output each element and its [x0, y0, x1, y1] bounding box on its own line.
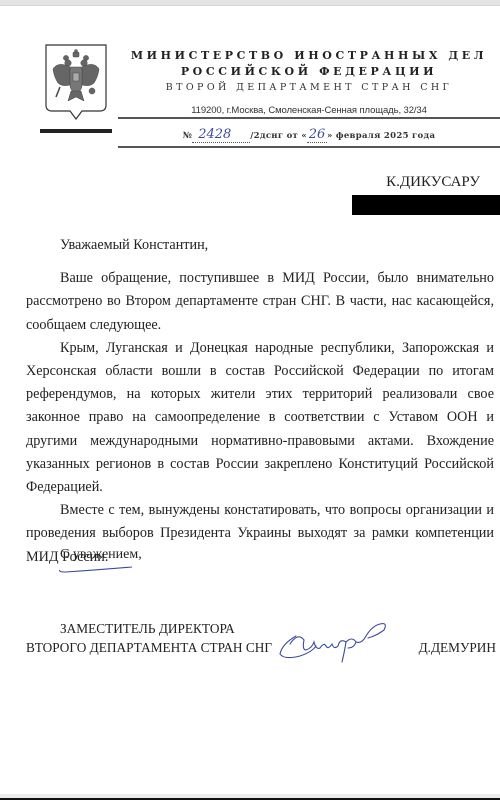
reference-number-prefix: №: [183, 131, 193, 141]
reference-number-field: 2428: [192, 127, 250, 143]
closing: С уважением,: [60, 547, 142, 563]
recipient-name: К.ДИКУСАРУ: [386, 174, 480, 191]
emblem-underline: [40, 129, 112, 133]
reference-day-field: 26: [307, 127, 327, 143]
ministry-name-line-1: МИНИСТЕРСТВО ИНОСТРАННЫХ ДЕЛ: [118, 48, 500, 64]
greeting: Уважаемый Константин,: [26, 234, 494, 257]
letter-page: МИНИСТЕРСТВО ИНОСТРАННЫХ ДЕЛ РОССИЙСКОЙ …: [0, 6, 500, 794]
signer-name: Д.ДЕМУРИН: [419, 638, 496, 657]
redaction-bar: [352, 195, 500, 215]
reference-number-handwritten: 2428: [198, 127, 231, 142]
letter-body: Уважаемый Константин, Ваше обращение, по…: [26, 234, 494, 569]
handwritten-signature-icon: [276, 614, 396, 666]
body-paragraph-1: Ваше обращение, поступившее в МИД России…: [26, 267, 494, 337]
reference-date-suffix: » февраля 2025 года: [327, 131, 435, 141]
letterhead-divider-bottom: [118, 146, 500, 148]
emblem: [40, 43, 112, 135]
department-name: ВТОРОЙ ДЕПАРТАМЕНТ СТРАН СНГ: [118, 81, 500, 95]
russian-coat-of-arms-icon: [44, 43, 108, 123]
pen-stroke-underline-icon: [56, 564, 136, 574]
body-paragraph-2: Крым, Луганская и Донецкая народные респ…: [26, 337, 494, 499]
ministry-name-line-2: РОССИЙСКОЙ ФЕДЕРАЦИИ: [118, 64, 500, 80]
bottom-edge-band: [0, 794, 500, 800]
reference-line: №2428/2дснг от «26» февраля 2025 года: [118, 127, 500, 143]
reference-day-handwritten: 26: [309, 127, 326, 142]
reference-number-suffix: /2дснг от «: [250, 131, 307, 141]
signature-block: ЗАМЕСТИТЕЛЬ ДИРЕКТОРА ВТОРОГО ДЕПАРТАМЕН…: [26, 619, 496, 657]
address: 119200, г.Москва, Смоленская-Сенная площ…: [118, 105, 500, 117]
letterhead-divider-top: [118, 117, 500, 119]
signer-title-line-1: ЗАМЕСТИТЕЛЬ ДИРЕКТОРА: [26, 619, 496, 638]
letterhead: МИНИСТЕРСТВО ИНОСТРАННЫХ ДЕЛ РОССИЙСКОЙ …: [118, 48, 500, 117]
